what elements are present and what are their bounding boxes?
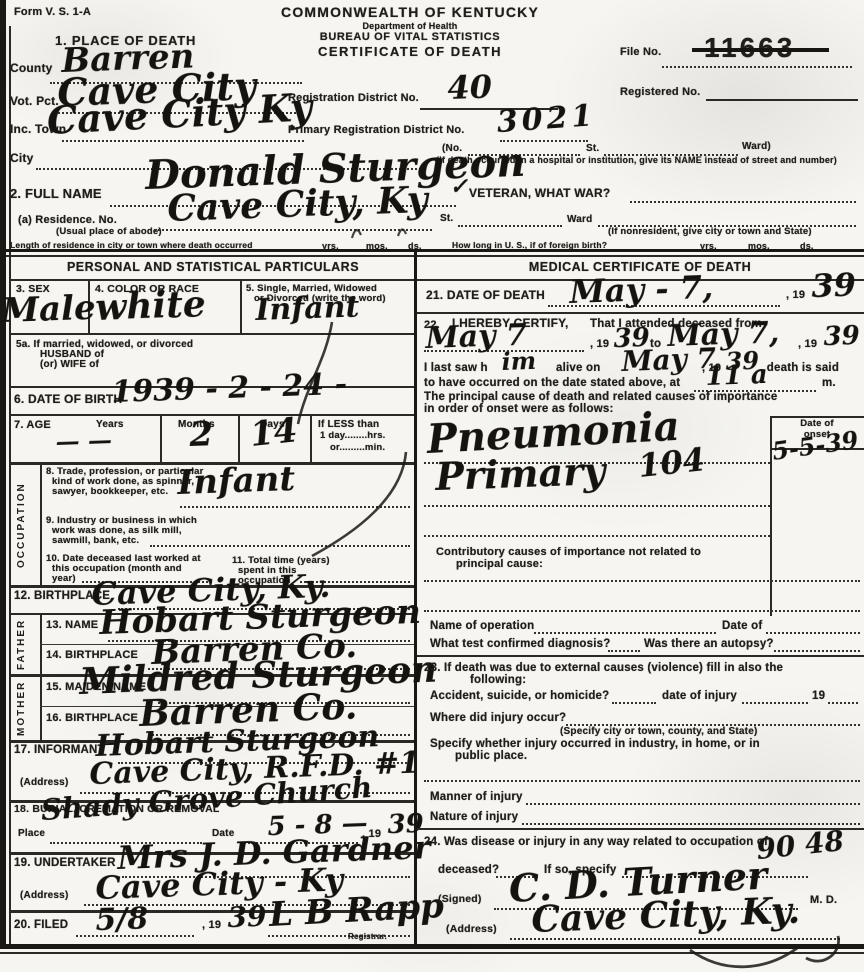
mother-strip-border <box>40 674 42 740</box>
age-years-value: — — <box>55 428 112 454</box>
occurred-line: to have occurred on the date stated abov… <box>424 377 680 390</box>
length-mos: mos. <box>366 241 388 251</box>
primary-reg-label: Primary Registration District No. <box>288 124 465 136</box>
last-saw-hw: im <box>501 349 536 374</box>
operation-line <box>534 632 716 634</box>
filed-year-prefix: , 19 <box>202 919 221 931</box>
form-number: Form V. S. 1-A <box>14 6 91 18</box>
spouse-label-3: (or) WIFE of <box>40 359 99 370</box>
city-st-label: St. <box>586 143 599 154</box>
injury-19-line <box>828 702 858 704</box>
trade-line <box>180 506 410 508</box>
undertaker-address-label: (Address) <box>20 890 68 901</box>
county-label: County <box>10 62 53 75</box>
veteran-line <box>630 201 856 203</box>
contributory-line-2 <box>424 610 860 612</box>
specify-line-1: Specify whether injury occurred in indus… <box>430 738 760 751</box>
principal-line-1: The principal cause of death and related… <box>424 391 777 404</box>
hour-value: 11 a <box>705 362 768 390</box>
dob-value: 1939 - 2 - 24 - <box>111 370 348 408</box>
contributory-label-2: principal cause: <box>456 558 543 570</box>
row-21-underline <box>417 312 864 314</box>
mother-bp-label: 16. BIRTHPLACE <box>46 712 138 724</box>
dod-label: 21. DATE OF DEATH <box>426 289 545 302</box>
autopsy-label: Was there an autopsy? <box>644 638 774 651</box>
injury-19-label: 19 <box>812 690 825 703</box>
external-line-2: following: <box>470 674 526 687</box>
header-commonwealth: COMMONWEALTH OF KENTUCKY <box>245 5 575 21</box>
dod-year-value: 39 <box>811 268 857 302</box>
deceased-label: deceased? <box>438 864 499 877</box>
to-year-prefix: , 19 <box>798 338 817 350</box>
registered-no-line <box>706 99 858 101</box>
dod-value: May - 7, <box>569 271 714 308</box>
manner-label: Manner of injury <box>430 791 523 804</box>
registered-no-label: Registered No. <box>620 86 700 98</box>
row-3-underline <box>11 333 414 335</box>
burial-place-label: Place <box>18 828 45 839</box>
injury-date-label: date of injury <box>662 690 737 703</box>
alive-on-label: alive on <box>556 362 600 375</box>
inc-town-value: Cave City Ky <box>46 88 313 140</box>
residence-value: Cave City, Ky <box>167 182 429 227</box>
marital-value: Infant <box>255 292 360 326</box>
residence-line <box>150 229 432 231</box>
test-underline <box>417 655 864 657</box>
specify-line-2: public place. <box>455 750 527 763</box>
age-months-value: 2 <box>189 417 214 452</box>
filed-date-value: 5/8 <box>95 904 149 936</box>
residence-ward-label: Ward <box>567 214 592 225</box>
contributory-line-1 <box>424 580 860 582</box>
industry-line <box>150 545 410 547</box>
external-line-1: 23. If death was due to external causes … <box>424 662 783 675</box>
abode-note: (Usual place of abode) <box>56 227 162 238</box>
cause-2-note: 104 <box>637 443 707 482</box>
cause-2-value: Primary <box>435 452 606 496</box>
nature-line <box>522 823 860 825</box>
industry-label-3: sawmill, bank, etc. <box>52 536 139 547</box>
death-said-label: , death is said <box>760 362 839 375</box>
foreign-label: How long in U. S., if of foreign birth? <box>452 241 607 251</box>
informant-label: 17. INFORMANT <box>14 744 105 757</box>
residence-label: (a) Residence. No. <box>18 214 117 226</box>
physician-address-label: (Address) <box>446 924 497 936</box>
veteran-label: VETERAN, WHAT WAR? <box>469 187 610 200</box>
full-name-label: 2. FULL NAME <box>10 187 102 202</box>
autopsy-line <box>774 650 860 652</box>
registrar-label: Registrar. <box>348 933 387 942</box>
length-ds: ds. <box>408 241 422 251</box>
age-less-label-3: or.........min. <box>330 443 385 454</box>
mother-side-label: MOTHER <box>16 680 27 736</box>
specify-line <box>424 780 860 782</box>
reg-district-value: 40 <box>447 70 493 104</box>
signed-label: (Signed) <box>438 894 482 906</box>
occupation-side-label: OCCUPATION <box>16 475 27 575</box>
md-label: M. D. <box>810 894 837 906</box>
dod-year-prefix: , 19 <box>786 289 805 301</box>
onset-column-border <box>770 446 772 616</box>
accident-label: Accident, suicide, or homicide? <box>430 690 609 703</box>
trade-label-3: sawyer, bookkeeper, etc. <box>52 487 168 498</box>
informant-address-label: (Address) <box>20 777 68 788</box>
registrar-line <box>268 935 410 937</box>
manner-line <box>526 803 860 805</box>
nature-label: Nature of injury <box>430 811 518 824</box>
operation-date-line <box>766 632 860 634</box>
occupation-code-value: 90 48 <box>755 827 845 864</box>
city-ward-label: Ward) <box>742 141 771 152</box>
personal-title: PERSONAL AND STATISTICAL PARTICULARS <box>12 260 414 274</box>
filed-year-value: 39 <box>227 903 267 932</box>
age-label: 7. AGE <box>14 419 51 431</box>
form-bottom-border <box>0 944 864 949</box>
header-certificate: CERTIFICATE OF DEATH <box>245 45 575 60</box>
foreign-ds: ds. <box>800 241 814 251</box>
nonresident-note: (If nonresident, give city or town and S… <box>608 227 812 238</box>
filed-label: 20. FILED <box>14 919 68 932</box>
check-mark: ✓ <box>449 175 468 198</box>
trade-value: Infant <box>177 462 296 500</box>
physician-address-value: Cave City, Ky. <box>531 893 801 938</box>
cause-3-line <box>424 535 770 537</box>
foreign-yrs: yrs. <box>700 241 717 251</box>
death-certificate-scan: Form V. S. 1-A COMMONWEALTH OF KENTUCKY … <box>0 0 864 972</box>
file-no-label: File No. <box>620 46 661 58</box>
length-label: Length of residence in city or town wher… <box>10 241 253 251</box>
form-bottom-border-2 <box>0 952 864 954</box>
header-bureau: BUREAU OF VITAL STATISTICS <box>245 31 575 43</box>
scan-left-edge <box>0 0 6 946</box>
race-value: white <box>95 286 207 326</box>
header-divider-2 <box>6 255 864 257</box>
residence-st-line <box>458 225 562 227</box>
contributory-label-1: Contributory causes of importance not re… <box>436 546 701 558</box>
residence-st-label: St. <box>440 213 453 224</box>
age-less-label-1: If LESS than <box>318 419 379 430</box>
last-saw-label: I last saw h <box>424 362 488 375</box>
header-department: Department of Health <box>245 21 575 31</box>
occupation-q-line: 24. Was disease or injury in any way rel… <box>424 836 768 849</box>
injury-date-line <box>742 702 808 704</box>
age-less-label-2: 1 day........hrs. <box>320 431 386 442</box>
age-cell-1 <box>160 414 162 462</box>
header-title-block: COMMONWEALTH OF KENTUCKY Department of H… <box>245 5 575 60</box>
father-name-label: 13. NAME <box>46 619 98 631</box>
to-year-value: 39 <box>823 323 860 350</box>
race-cell-border <box>240 279 242 333</box>
m-label: m. <box>822 377 836 390</box>
age-cell-3 <box>310 414 312 462</box>
length-yrs: yrs. <box>322 241 339 251</box>
city-label: City <box>10 152 33 165</box>
foreign-mos: mos. <box>748 241 770 251</box>
where-note: (Specify city or town, county, and State… <box>560 726 757 737</box>
personal-title-underline <box>11 279 414 281</box>
where-label: Where did injury occur? <box>430 712 566 725</box>
file-no-value: 11663 <box>704 32 795 63</box>
operation-date-label: Date of <box>722 620 762 633</box>
sex-value: Male <box>1 291 96 328</box>
from-year-prefix: , 19 <box>590 338 609 350</box>
father-side-label: FATHER <box>16 618 27 670</box>
test-line <box>608 650 640 652</box>
accident-line <box>612 702 656 704</box>
dob-label: 6. DATE OF BIRTH <box>14 393 122 406</box>
registrar-signature: L B Rapp <box>268 889 444 932</box>
test-label: What test confirmed diagnosis? <box>430 638 610 651</box>
last-worked-label-3: year) <box>52 574 76 585</box>
cause-2-line <box>424 505 770 507</box>
occupation-strip-border <box>40 462 42 585</box>
age-cell-2 <box>238 414 240 462</box>
file-no-line <box>662 66 852 68</box>
age-days-value: 14 <box>248 413 299 452</box>
operation-label: Name of operation <box>430 620 534 633</box>
primary-reg-value: 3021 <box>496 101 597 138</box>
